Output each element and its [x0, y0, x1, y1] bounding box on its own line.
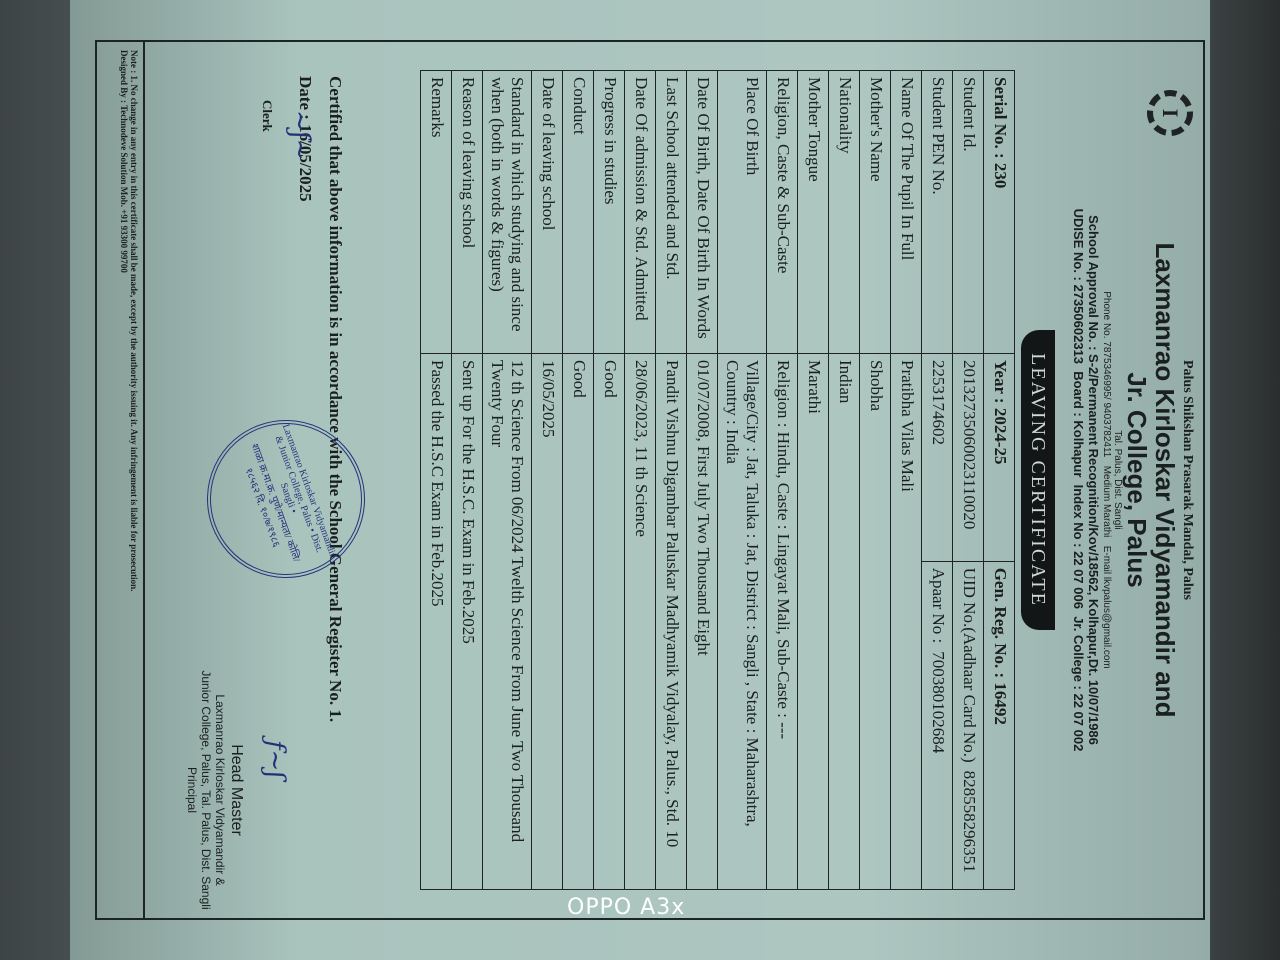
row-value: Passed the H.S.C Exam in Feb.2025 — [421, 354, 452, 890]
row-label: Progress in studies — [594, 71, 625, 354]
general-register-number: Gen. Reg. No. : 16492 — [984, 561, 1015, 889]
table-row: Standard in which studying and since whe… — [483, 71, 532, 890]
row-value: 12 th Science From 06/2024 Twelth Scienc… — [483, 354, 532, 890]
table-row: Religion, Caste & Sub-CasteReligion : Hi… — [767, 71, 798, 890]
table-row: Student Id.20132735060023110020UID No.(A… — [953, 71, 984, 890]
table-row: Mother's NameShobha — [860, 71, 891, 890]
extra-label: Apaar No : — [929, 568, 948, 644]
index-number: Index No : 22 07 006 — [1071, 485, 1086, 609]
row-value: Indian — [829, 354, 860, 890]
serial-number: Serial No. : 230 — [984, 71, 1015, 354]
table-row: Reason of leaving schoolSent up For the … — [452, 71, 483, 890]
row-value: 16/05/2025 — [532, 354, 563, 890]
row-label: Conduct — [563, 71, 594, 354]
row-value: Pratibha Vilas Mali — [891, 354, 922, 890]
row-value: Shobha — [860, 354, 891, 890]
certification-statement: Certified that above information is in a… — [325, 76, 345, 722]
head-master-label: Head Master — [227, 660, 245, 920]
row-label: Student Id. — [953, 71, 984, 354]
row-label: Reason of leaving school — [452, 71, 483, 354]
row-value: 28/06/2023, 11 th Science — [625, 354, 656, 890]
table-row: Mother TongueMarathi — [798, 71, 829, 890]
table-row: Date of leaving school16/05/2025 — [532, 71, 563, 890]
row-value: Good — [563, 354, 594, 890]
table-row: Date Of admission & Std. Admitted28/06/2… — [625, 71, 656, 890]
extra-value: 828558296351 — [960, 771, 979, 873]
row-value: 20132735060023110020 — [953, 354, 984, 562]
gear-logo-icon: I — [1147, 90, 1193, 136]
row-label: Date Of Birth, Date Of Birth In Words — [687, 71, 718, 354]
udise-line: UDISE No. : 27350602313 Board : Kolhapur… — [1071, 50, 1086, 910]
email: E-mail lkvpalus@gmail.com — [1101, 546, 1112, 669]
udise-number: UDISE No. : 27350602313 — [1071, 209, 1086, 364]
row-label: Nationality — [829, 71, 860, 354]
table-row: Progress in studiesGood — [594, 71, 625, 890]
principal-label: Principal — [185, 660, 199, 920]
row-label: Last School attended and Std. — [656, 71, 687, 354]
certificate-header: I Palus Shikshan Prasarak Mandal, Palus … — [1055, 50, 1205, 910]
society-name: Palus Shikshan Prasarak Mandal, Palus — [1179, 50, 1195, 910]
row-extra: Apaar No :700380102684 — [922, 561, 953, 889]
table-row: Date Of Birth, Date Of Birth In Words01/… — [687, 71, 718, 890]
clerk-label: Clerk — [259, 100, 275, 132]
row-value: Village/City : Jat, Taluka : Jat, Distri… — [718, 354, 767, 890]
clerk-signature: ~ʃ~ — [285, 110, 315, 161]
row-label: Date of leaving school — [532, 71, 563, 354]
note-footer: Note : 1. No change in any entry in this… — [115, 40, 145, 920]
certificate-title-banner: LEAVING CERTIFICATE — [1021, 330, 1055, 630]
head-master-signature: ƒ~ʃ — [260, 740, 290, 778]
row-label: Name Of The Pupil In Full — [891, 71, 922, 354]
note-text: Note : 1. No change in any entry in this… — [129, 50, 139, 910]
head-master-block: Head Master Laxmanrao Kirloskar Vidyaman… — [185, 660, 245, 920]
jr-college-number: Jr. College : 22 07 002 — [1071, 616, 1086, 751]
row-value: 01/07/2008, First July Two Thousand Eigh… — [687, 354, 718, 890]
college-name-line1: Laxmanrao Kirloskar Vidyamandir and — [1151, 50, 1179, 910]
table-row: Place Of BirthVillage/City : Jat, Taluka… — [718, 71, 767, 890]
year: Year : 2024-25 — [984, 354, 1015, 562]
row-label: Mother's Name — [860, 71, 891, 354]
approval-number: School Approval No. : S-2/Permanent Reco… — [1086, 50, 1101, 910]
camera-watermark: OPPO A3x — [567, 895, 685, 920]
row-label: Religion, Caste & Sub-Caste — [767, 71, 798, 354]
row-label: Standard in which studying and since whe… — [483, 71, 532, 354]
row-value: Pandit Vishnu Digambar Paluskar Madhyami… — [656, 354, 687, 890]
row-value: Good — [594, 354, 625, 890]
table-row: RemarksPassed the H.S.C Exam in Feb.2025 — [421, 71, 452, 890]
extra-value: 700380102684 — [929, 651, 948, 753]
table-row: Name Of The Pupil In FullPratibha Vilas … — [891, 71, 922, 890]
board: Board : Kolhapur — [1071, 371, 1086, 477]
row-value: 2253174602 — [922, 354, 953, 562]
extra-label: UID No.(Aadhaar Card No.) — [960, 568, 979, 763]
medium: Medium Marathi — [1101, 466, 1112, 538]
college-name-line2: Jr. College, Palus — [1123, 50, 1151, 910]
certificate-table: Serial No. : 230 Year : 2024-25 Gen. Reg… — [420, 70, 1015, 890]
row-extra: UID No.(Aadhaar Card No.)828558296351 — [953, 561, 984, 889]
table-row: Last School attended and Std.Pandit Vish… — [656, 71, 687, 890]
designed-by: Designed By : Technodeve Solution Mob. +… — [119, 50, 129, 910]
principal-line2: Junior College, Palus, Tal. Palus, Dist.… — [199, 660, 213, 920]
row-label: Date Of admission & Std. Admitted — [625, 71, 656, 354]
row-value: Sent up For the H.S.C. Exam in Feb.2025 — [452, 354, 483, 890]
row-label: Remarks — [421, 71, 452, 354]
row-value: Marathi — [798, 354, 829, 890]
row-label: Place Of Birth — [718, 71, 767, 354]
row-value: Religion : Hindu, Caste : Lingayat Mali,… — [767, 354, 798, 890]
phone: Phone No. 7875346995/ 9403782411 — [1101, 291, 1112, 457]
table-row: Student PEN No.2253174602Apaar No :70038… — [922, 71, 953, 890]
contact-line: Phone No. 7875346995/ 9403782411 Medium … — [1101, 50, 1112, 910]
leaving-certificate: I Palus Shikshan Prasarak Mandal, Palus … — [85, 40, 1205, 940]
row-label: Mother Tongue — [798, 71, 829, 354]
principal-line1: Laxmanrao Kirloskar Vidyamandir & — [213, 660, 227, 920]
row-label: Student PEN No. — [922, 71, 953, 354]
table-row: NationalityIndian — [829, 71, 860, 890]
college-address: Tal. Palus, Dist. Sangli — [1112, 50, 1123, 910]
table-row: ConductGood — [563, 71, 594, 890]
top-row: Serial No. : 230 Year : 2024-25 Gen. Reg… — [984, 71, 1015, 890]
